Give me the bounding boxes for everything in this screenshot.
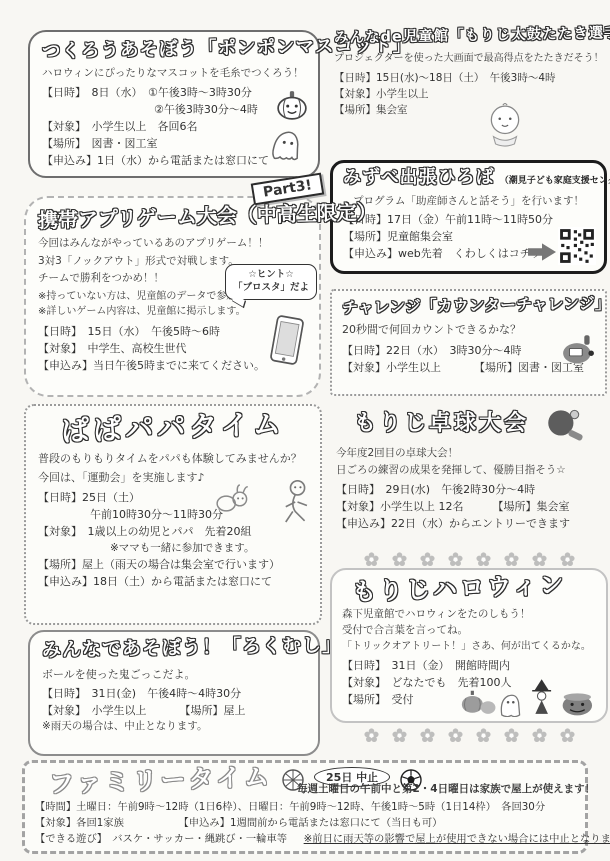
target-part: 【対象】小学生以上 12名 <box>336 500 464 513</box>
section-rokumushi: みんなであそぼう！「ろくむし」 ボールを使った鬼ごっこだよ。 【日時】 31日(… <box>28 630 320 756</box>
family-intro: 毎週土曜日の午前中と第2・4日曜日は家族で屋上が使えます！ <box>297 782 575 797</box>
section-family-time: ファミリータイム 25日 中止 毎週土曜日の午前中と第2・4日曜日は家族で屋上が… <box>22 760 588 854</box>
section-pingpong-contest: もりじ卓球大会 今年度2回目の卓球大会！ 日ごろの練習の成果を発揮して、優勝目指… <box>330 404 608 552</box>
datetime-line: 【日時】25日（土） <box>38 489 308 506</box>
rain-note: ※雨天の場合は、中止となります。 <box>42 719 306 735</box>
apply-line: 【申込み】18日（土）から電話または窓口にて <box>38 573 308 590</box>
apply-part: 【申込み】1週間前から電話または窓口にて（当日も可） <box>179 817 443 829</box>
intro-line-2: 受付で合言葉を言ってね。 <box>342 623 596 638</box>
section-pompon-mascot: つくろうあそぼう「ポンポンマスコット」 ハロウィンにぴったりなマスコットを毛糸で… <box>28 30 320 178</box>
warn-part: ※前日に雨天等の影響で屋上が使用できない場合には中止となります <box>304 833 610 845</box>
time-line: 【時間】土曜日：午前9時～12時（1日6枠）、日曜日：午前9時～12時、午後1時… <box>35 800 575 816</box>
section-title: 携帯アプリゲーム大会（中高生限定） <box>38 202 308 232</box>
section-description: ハロウィンにぴったりなマスコットを毛糸でつくろう！ <box>42 66 308 81</box>
intro-line-3: 「トリックオアトリート！」さあ、何が出てくるかな。 <box>342 640 596 654</box>
section-title: ファミリータイム <box>35 763 273 800</box>
place-line: 【場所】屋上（雨天の場合は集会室で行います） <box>38 556 308 573</box>
intro-line-1: 普段のもりもりタイムをパパも体験してみませんか？ <box>38 451 308 466</box>
note-line-2: ※詳しいゲーム内容は、児童館に掲示します。 <box>38 304 307 319</box>
target-part: 【対象】 小学生以上 <box>42 704 147 717</box>
target-place-line: 【対象】 小学生以上 【場所】屋上 <box>42 702 306 719</box>
hint-speech-bubble: ☆ヒント☆ 「ブロスタ」だよ <box>225 264 317 300</box>
play-warn-line: 【できる遊び】 バスケ・サッカー・縄跳び・一輪車等 ※前日に雨天等の影響で屋上が… <box>35 832 575 848</box>
place-part: 【場所】集会室 <box>493 500 570 513</box>
ghost-icon <box>270 126 305 166</box>
place-line: 【場所】 図書・図工室 <box>42 135 308 152</box>
section-description: プロジェクターを使った大画面で最高得点をたたきだそう！ <box>334 52 606 66</box>
arrow-right-icon <box>528 243 556 261</box>
flower-separator <box>336 728 602 743</box>
halloween-characters-icon <box>458 675 598 717</box>
target-place-line: 【対象】小学生以上 【場所】図書・図工室 <box>342 359 595 376</box>
section-title: もりじ卓球大会 <box>336 411 529 436</box>
section-taiko-contest: みんなde児童館「もりじ太鼓たたき選手権」 プロジェクターを使った大画面で最高得… <box>332 26 606 158</box>
qr-code <box>558 227 596 265</box>
hint-line-2: 「ブロスタ」だよ <box>229 282 313 295</box>
place-line: 【場所】集会室 <box>334 102 606 118</box>
target-line: 【対象】 小学生以上 各回6名 <box>42 118 308 135</box>
section-title: つくろうあそぼう「ポンポンマスコット」 <box>42 37 308 63</box>
datetime-line: 【日時】 31日（金） 開館時間内 <box>342 657 596 674</box>
target-line: 【対象】小学生以上 <box>334 86 606 102</box>
tally-counter-icon <box>561 333 597 365</box>
intro-line-2: 日ごろの練習の成果を発揮して、優勝目指そう☆ <box>336 463 602 478</box>
datetime-line: 【日時】 29日(水) 午後2時30分～4時 <box>336 481 602 498</box>
place-line: 【場所】児童館集会室 <box>343 228 594 245</box>
apply-line: 【申込み】当日午後5時までに来てください。 <box>38 357 307 374</box>
apply-line: 【申込み】1日（水）から電話または窓口にて <box>42 152 308 169</box>
pumpkin-icon <box>276 90 308 120</box>
section-title: もりじハロウィン <box>342 571 597 607</box>
section-title: みんなであそぼう！「ろくむし」 <box>42 636 306 662</box>
target-place-line: 【対象】小学生以上 12名 【場所】集会室 <box>336 498 602 515</box>
section-app-game-contest: Part3! 携帯アプリゲーム大会（中高生限定） 今回はみんながやっているあのア… <box>24 196 321 397</box>
section-title: チャレンジ「カウンターチャレンジ」 <box>342 295 595 318</box>
bunny-doodle-icon <box>216 484 250 514</box>
apply-line: 【申込み】22日（水）からエントリーできます <box>336 515 602 532</box>
running-kid-icon <box>274 478 314 526</box>
datetime-line: 【日時】17日（金）午前11時～11時50分 <box>343 211 594 228</box>
datetime-line: 【日時】15日(水)～18日（土） 午後3時～4時 <box>334 70 606 86</box>
intro-line-1: 今年度2回目の卓球大会！ <box>336 446 602 461</box>
target-line: 【対象】 1歳以上の幼児とパパ 先着20組 <box>38 523 308 540</box>
section-title: みずべ出張ひろば <box>343 167 495 188</box>
datetime-line: 【日時】22日（水） 3時30分～4時 <box>342 342 595 359</box>
section-title: みんなde児童館「もりじ太鼓たたき選手権」 <box>334 26 606 47</box>
target-apply-line: 【対象】各回1家族 【申込み】1週間前から電話または窓口にて（当日も可） <box>35 816 575 832</box>
section-description: 20秒間で何回カウントできるかな？ <box>342 322 595 337</box>
intro-line-2: 今回は、「運動会」を実施します♪ <box>38 470 308 485</box>
datetime-line-2: ②午後3時30分～4時 <box>42 101 308 118</box>
play-part: 【できる遊び】 バスケ・サッカー・縄跳び・一輪車等 <box>35 833 287 845</box>
section-description: プログラム「助産師さんと話そう」を行います！ <box>343 194 594 209</box>
table-tennis-paddle-icon <box>543 406 585 442</box>
section-counter-challenge: チャレンジ「カウンターチャレンジ」 20秒間で何回カウントできるかな？ 【日時】… <box>330 289 607 396</box>
hint-line-1: ☆ヒント☆ <box>229 269 313 282</box>
apply-line: 【申込み】web先着 くわしくはコチラ <box>343 245 594 262</box>
intro-line-1: ボールを使った鬼ごっこだよ。 <box>42 667 306 682</box>
section-papa-time: ぱぱパパタイム 普段のもりもりタイムをパパも体験してみませんか？ 今回は、「運動… <box>24 404 322 625</box>
section-title-sub: （潮見子ども家庭支援センター） <box>500 176 610 186</box>
newsletter-page: つくろうあそぼう「ポンポンマスコット」 ハロウィンにぴったりなマスコットを毛糸で… <box>0 0 610 861</box>
target-part: 【対象】小学生以上 <box>342 361 441 374</box>
datetime-line: 【日時】 8日（水） ①午後3時～3時30分 <box>42 84 308 101</box>
intro-line-1: 森下児童館でハロウィンをたのしもう！ <box>342 607 596 622</box>
section-title: ぱぱパパタイム <box>38 407 309 449</box>
datetime-line: 【日時】 15日（水） 午後5時～6時 <box>38 323 307 340</box>
datetime-line-2: 午前10時30分～11時30分 <box>38 506 308 523</box>
flower-separator <box>336 552 602 567</box>
datetime-line: 【日時】 31日(金) 午後4時～4時30分 <box>42 685 306 702</box>
baby-face-icon <box>484 100 526 148</box>
mama-note-line: ※ママも一緒に参加できます。 <box>38 540 308 556</box>
target-line: 【対象】 中学生、高校生世代 <box>38 340 307 357</box>
target-part: 【対象】各回1家族 <box>35 817 124 829</box>
place-part: 【場所】屋上 <box>180 704 246 717</box>
intro-line-1: 今回はみんながやっているあのアプリゲーム！！ <box>38 236 307 251</box>
section-halloween: もりじハロウィン 森下児童館でハロウィンをたのしもう！ 受付で合言葉を言ってね。… <box>330 568 608 723</box>
